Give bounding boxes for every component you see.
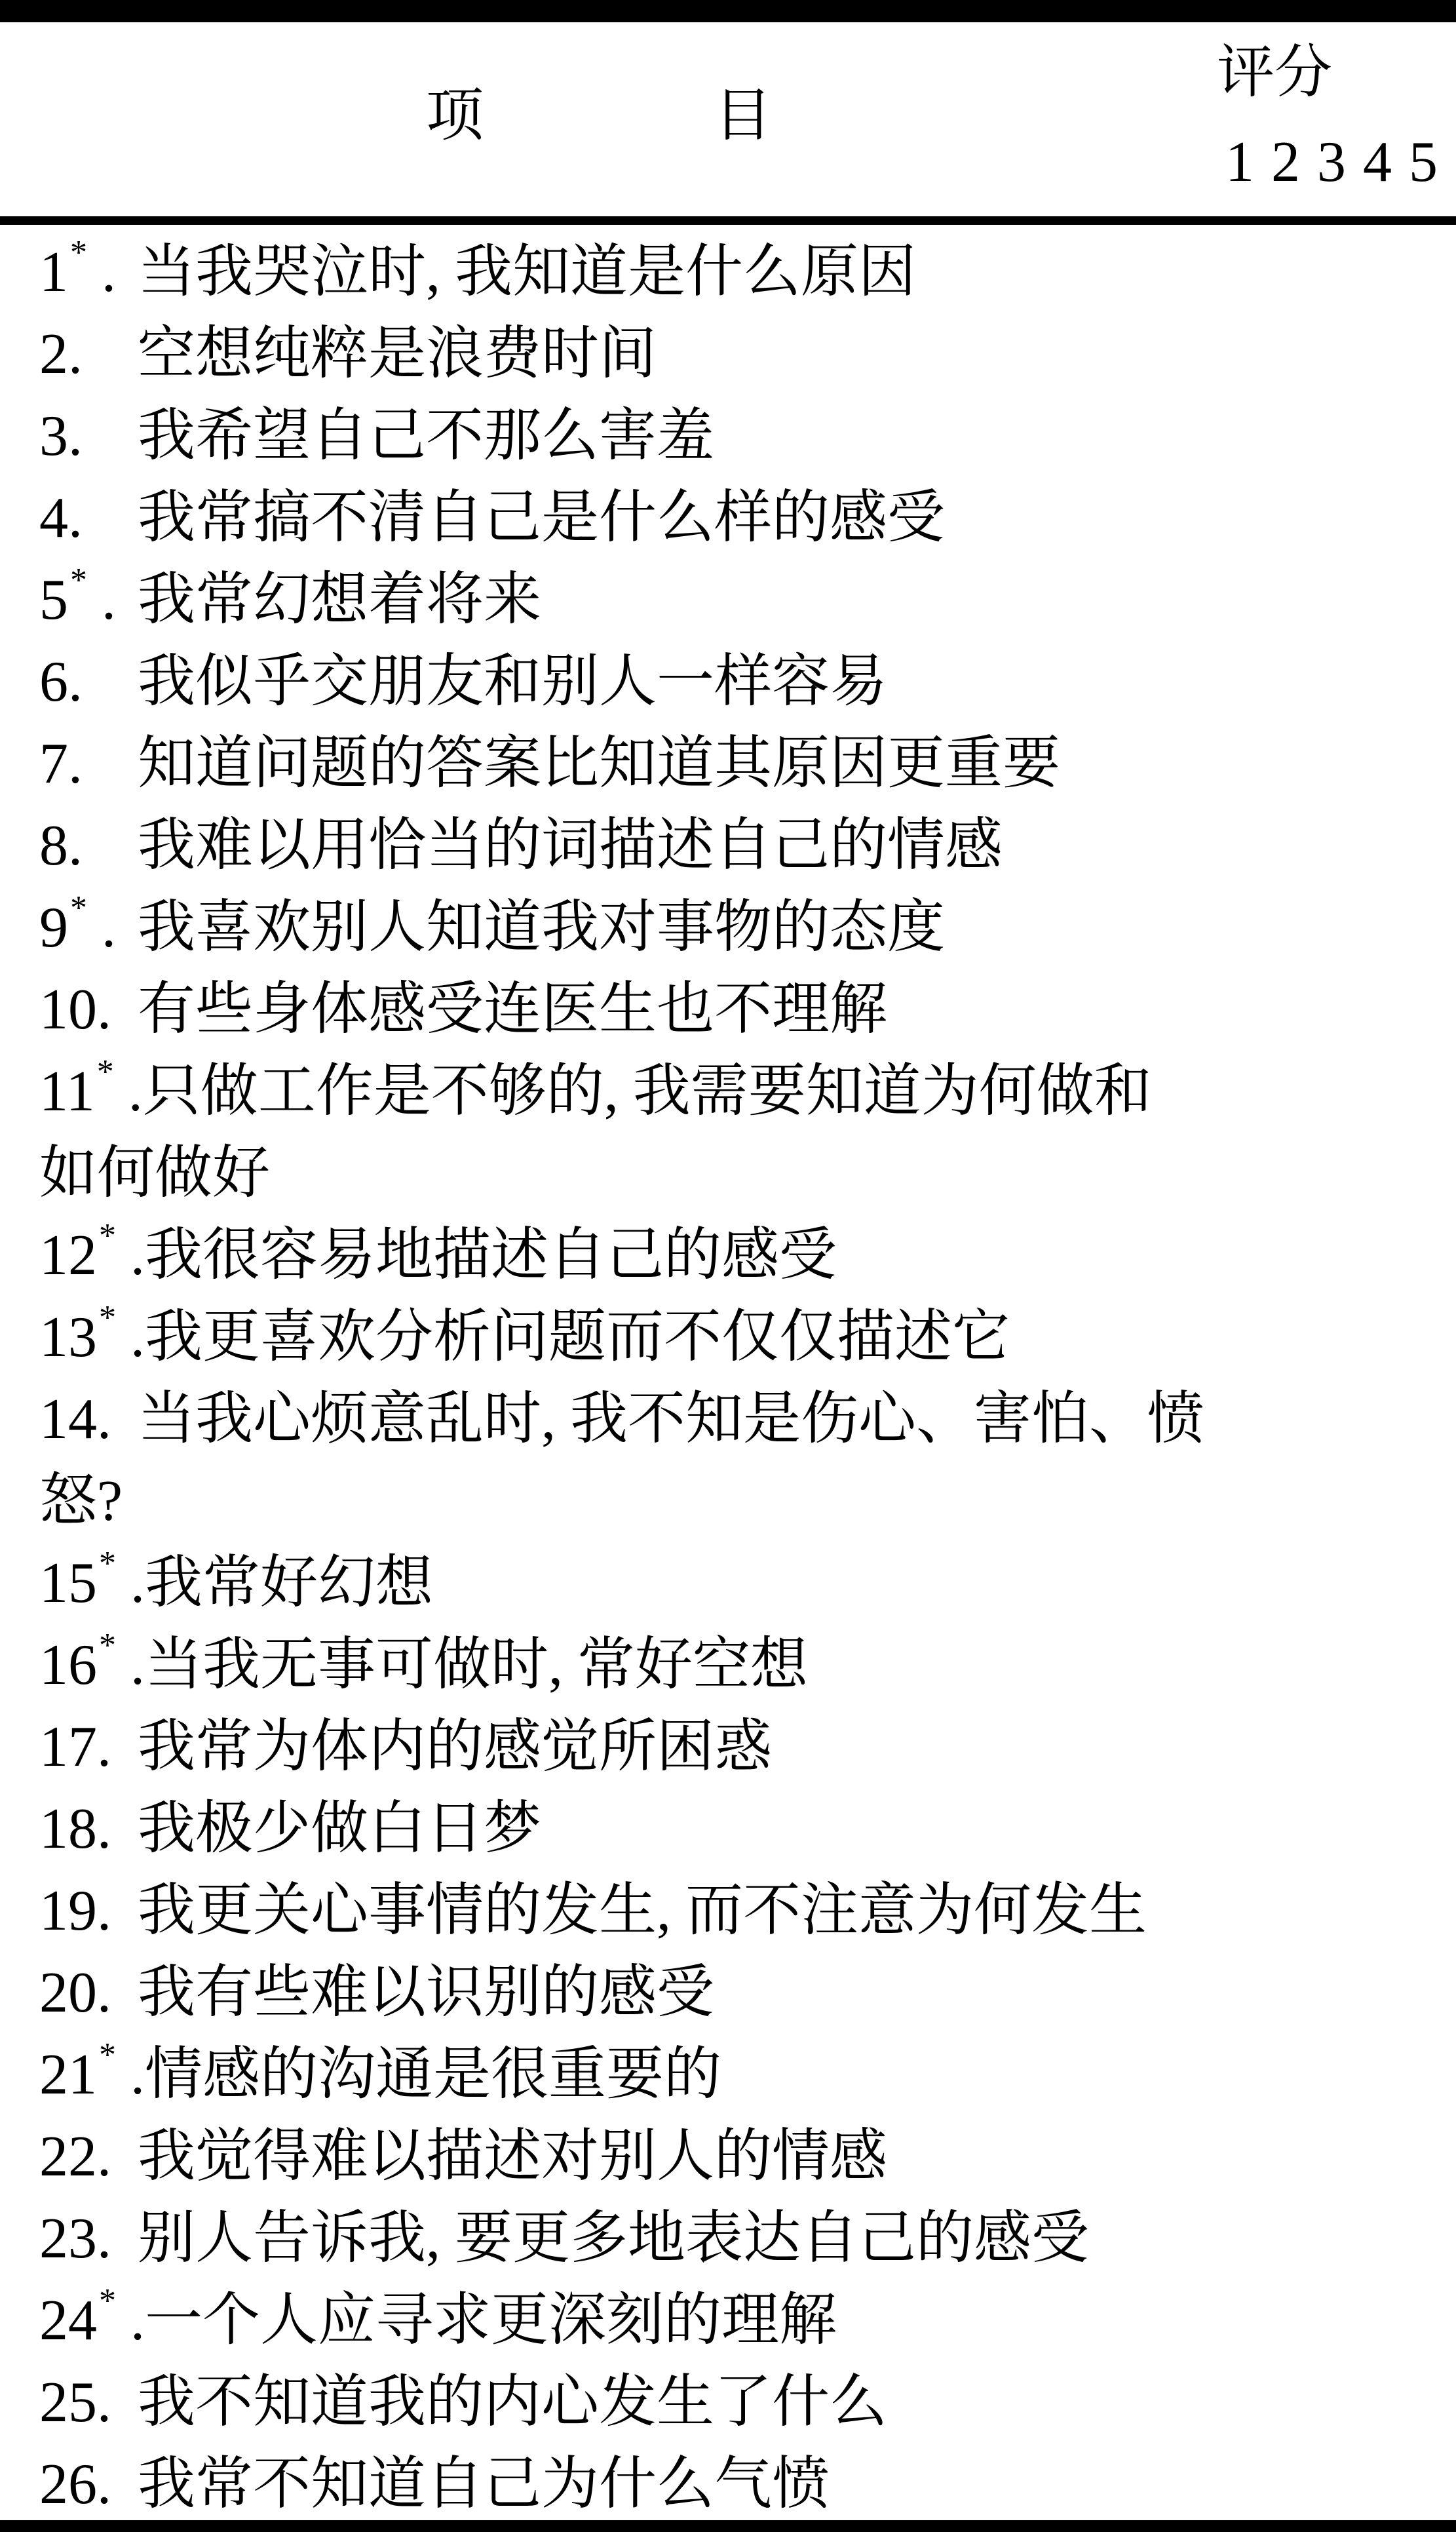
- questionnaire-item: 17.我常为体内的感觉所困惑: [39, 1706, 1443, 1788]
- item-text: 我极少做白日梦: [138, 1797, 541, 1861]
- questionnaire-item: 5* .我常幻想着将来: [39, 559, 1443, 641]
- table-header: 项 目 评分 1 2 3 4 5: [0, 0, 1456, 225]
- questionnaire-item: 9* .我喜欢别人知道我对事物的态度: [39, 887, 1443, 969]
- item-number: 14.: [39, 1378, 138, 1460]
- asterisk-marker: *: [99, 1299, 116, 1336]
- item-line: 11* .只做工作是不够的, 我需要知道为何做和: [39, 1051, 1443, 1133]
- item-number: 20.: [39, 1952, 138, 2034]
- item-line: 24* .一个人应寻求更深刻的理解: [39, 2280, 1443, 2362]
- item-text: 我常为体内的感觉所困惑: [138, 1715, 772, 1779]
- asterisk-marker: *: [99, 1627, 116, 1664]
- item-line: 16* .当我无事可做时, 常好空想: [39, 1624, 1443, 1706]
- questionnaire-item: 11* .只做工作是不够的, 我需要知道为何做和 如何做好: [39, 1051, 1443, 1215]
- questionnaire-item: 20.我有些难以识别的感受: [39, 1952, 1443, 2034]
- item-text: 我更喜欢分析问题而不仅仅描述它: [145, 1306, 1010, 1369]
- item-text: 我觉得难以描述对别人的情感: [138, 2125, 887, 2189]
- item-line: 13* .我更喜欢分析问题而不仅仅描述它: [39, 1296, 1443, 1378]
- item-number: 10.: [39, 969, 138, 1051]
- item-number: 11* .: [39, 1051, 143, 1133]
- item-continuation-line: 如何做好: [39, 1133, 1443, 1215]
- item-text: 知道问题的答案比知道其原因更重要: [138, 732, 1060, 796]
- item-number: 18.: [39, 1788, 138, 1870]
- item-number: 6.: [39, 641, 138, 723]
- item-text: 有些身体感受连医生也不理解: [138, 978, 887, 1042]
- item-line: 8.我难以用恰当的词描述自己的情感: [39, 805, 1443, 887]
- questionnaire-item: 1* .当我哭泣时, 我知道是什么原因: [39, 231, 1443, 313]
- item-text: 我不知道我的内心发生了什么: [138, 2371, 887, 2434]
- item-text: 当我心烦意乱时, 我不知是伤心、害怕、愤: [138, 1388, 1204, 1451]
- questionnaire-item: 2.空想纯粹是浪费时间: [39, 313, 1443, 395]
- questionnaire-item: 24* .一个人应寻求更深刻的理解: [39, 2280, 1443, 2362]
- item-text: 别人告诉我, 要更多地表达自己的感受: [138, 2207, 1089, 2270]
- questionnaire-item: 21* .情感的沟通是很重要的: [39, 2034, 1443, 2116]
- item-line: 1* .当我哭泣时, 我知道是什么原因: [39, 231, 1443, 313]
- questionnaire-item: 10.有些身体感受连医生也不理解: [39, 969, 1443, 1051]
- item-number: 8.: [39, 805, 138, 887]
- item-number: 9* .: [39, 887, 138, 969]
- item-number: 22.: [39, 2116, 138, 2198]
- item-continuation-line: 怒?: [39, 1460, 1443, 1542]
- asterisk-marker: *: [99, 2036, 116, 2074]
- item-number: 26.: [39, 2444, 138, 2525]
- item-line: 4.我常搞不清自己是什么样的感受: [39, 477, 1443, 559]
- item-line: 12* .我很容易地描述自己的感受: [39, 1215, 1443, 1296]
- questionnaire-item: 14.当我心烦意乱时, 我不知是伤心、害怕、愤 怒?: [39, 1378, 1443, 1542]
- asterisk-marker: *: [70, 562, 87, 599]
- item-line: 26.我常不知道自己为什么气愤: [39, 2444, 1443, 2525]
- item-number: 12* .: [39, 1215, 145, 1296]
- item-line: 19.我更关心事情的发生, 而不注意为何发生: [39, 1870, 1443, 1952]
- item-line: 25.我不知道我的内心发生了什么: [39, 2362, 1443, 2444]
- item-line: 18.我极少做白日梦: [39, 1788, 1443, 1870]
- questionnaire-item: 25.我不知道我的内心发生了什么: [39, 2362, 1443, 2444]
- item-number: 21* .: [39, 2034, 145, 2116]
- item-text: 我似乎交朋友和别人一样容易: [138, 650, 887, 714]
- questionnaire-item: 26.我常不知道自己为什么气愤: [39, 2444, 1443, 2525]
- questionnaire-item: 16* .当我无事可做时, 常好空想: [39, 1624, 1443, 1706]
- questionnaire-item: 18.我极少做白日梦: [39, 1788, 1443, 1870]
- score-scale-values: 1 2 3 4 5: [1225, 130, 1439, 195]
- bottom-rule: [0, 2520, 1456, 2532]
- item-line: 17.我常为体内的感觉所困惑: [39, 1706, 1443, 1788]
- item-text: 情感的沟通是很重要的: [145, 2043, 721, 2107]
- questionnaire-item: 8.我难以用恰当的词描述自己的情感: [39, 805, 1443, 887]
- asterisk-marker: *: [70, 234, 87, 271]
- item-number: 7.: [39, 723, 138, 805]
- item-text: 我常不知道自己为什么气愤: [138, 2453, 830, 2516]
- item-line: 15* .我常好幻想: [39, 1542, 1443, 1624]
- questionnaire-scan-page: 项 目 评分 1 2 3 4 5 1* .当我哭泣时, 我知道是什么原因 2.空…: [0, 0, 1456, 2532]
- item-line: 21* .情感的沟通是很重要的: [39, 2034, 1443, 2116]
- item-number: 1* .: [39, 231, 138, 313]
- item-line: 9* .我喜欢别人知道我对事物的态度: [39, 887, 1443, 969]
- item-text: 一个人应寻求更深刻的理解: [145, 2289, 837, 2352]
- item-line: 5* .我常幻想着将来: [39, 559, 1443, 641]
- items-list: 1* .当我哭泣时, 我知道是什么原因 2.空想纯粹是浪费时间 3.我希望自己不…: [0, 226, 1456, 2525]
- item-number: 17.: [39, 1706, 138, 1788]
- item-text: 空想纯粹是浪费时间: [138, 322, 657, 386]
- questionnaire-item: 23.别人告诉我, 要更多地表达自己的感受: [39, 2198, 1443, 2280]
- item-number: 25.: [39, 2362, 138, 2444]
- header-divider-rule: [0, 216, 1456, 225]
- questionnaire-item: 22.我觉得难以描述对别人的情感: [39, 2116, 1443, 2198]
- item-line: 3.我希望自己不那么害羞: [39, 395, 1443, 477]
- item-line: 22.我觉得难以描述对别人的情感: [39, 2116, 1443, 2198]
- item-number: 4.: [39, 477, 138, 559]
- item-number: 16* .: [39, 1624, 145, 1706]
- items-column-header: 项 目: [426, 84, 772, 149]
- item-line: 14.当我心烦意乱时, 我不知是伤心、害怕、愤: [39, 1378, 1443, 1460]
- item-text: 我难以用恰当的词描述自己的情感: [138, 814, 1003, 878]
- item-text: 我喜欢别人知道我对事物的态度: [138, 896, 945, 960]
- item-text: 当我无事可做时, 常好空想: [145, 1633, 808, 1697]
- item-text: 我很容易地描述自己的感受: [145, 1224, 837, 1287]
- item-line: 6.我似乎交朋友和别人一样容易: [39, 641, 1443, 723]
- questionnaire-item: 4.我常搞不清自己是什么样的感受: [39, 477, 1443, 559]
- questionnaire-item: 6.我似乎交朋友和别人一样容易: [39, 641, 1443, 723]
- item-text: 当我哭泣时, 我知道是什么原因: [138, 241, 916, 304]
- asterisk-marker: *: [97, 1053, 114, 1091]
- item-text: 我常搞不清自己是什么样的感受: [138, 486, 945, 550]
- item-line: 20.我有些难以识别的感受: [39, 1952, 1443, 2034]
- item-number: 3.: [39, 395, 138, 477]
- questionnaire-item: 7.知道问题的答案比知道其原因更重要: [39, 723, 1443, 805]
- item-line: 10.有些身体感受连医生也不理解: [39, 969, 1443, 1051]
- item-text: 我常幻想着将来: [138, 568, 541, 632]
- asterisk-marker: *: [99, 1217, 116, 1255]
- questionnaire-item: 15* .我常好幻想: [39, 1542, 1443, 1624]
- asterisk-marker: *: [99, 1545, 116, 1582]
- item-text: 我有些难以识别的感受: [138, 1961, 714, 2025]
- item-number: 2.: [39, 313, 138, 395]
- item-text: 只做工作是不够的, 我需要知道为何做和: [143, 1060, 1152, 1123]
- questionnaire-item: 19.我更关心事情的发生, 而不注意为何发生: [39, 1870, 1443, 1952]
- questionnaire-item: 12* .我很容易地描述自己的感受: [39, 1215, 1443, 1296]
- item-number: 5* .: [39, 559, 138, 641]
- item-text: 我希望自己不那么害羞: [138, 404, 714, 468]
- item-number: 23.: [39, 2198, 138, 2280]
- asterisk-marker: *: [70, 889, 87, 927]
- questionnaire-item: 3.我希望自己不那么害羞: [39, 395, 1443, 477]
- questionnaire-item: 13* .我更喜欢分析问题而不仅仅描述它: [39, 1296, 1443, 1378]
- item-number: 15* .: [39, 1542, 145, 1624]
- item-line: 23.别人告诉我, 要更多地表达自己的感受: [39, 2198, 1443, 2280]
- item-number: 24* .: [39, 2280, 145, 2362]
- asterisk-marker: *: [99, 2282, 116, 2320]
- item-text: 我更关心事情的发生, 而不注意为何发生: [138, 1879, 1147, 1943]
- item-number: 19.: [39, 1870, 138, 1952]
- item-line: 7.知道问题的答案比知道其原因更重要: [39, 723, 1443, 805]
- item-text: 我常好幻想: [145, 1551, 433, 1615]
- item-number: 13* .: [39, 1296, 145, 1378]
- item-line: 2.空想纯粹是浪费时间: [39, 313, 1443, 395]
- score-column-header: 评分: [1217, 41, 1332, 106]
